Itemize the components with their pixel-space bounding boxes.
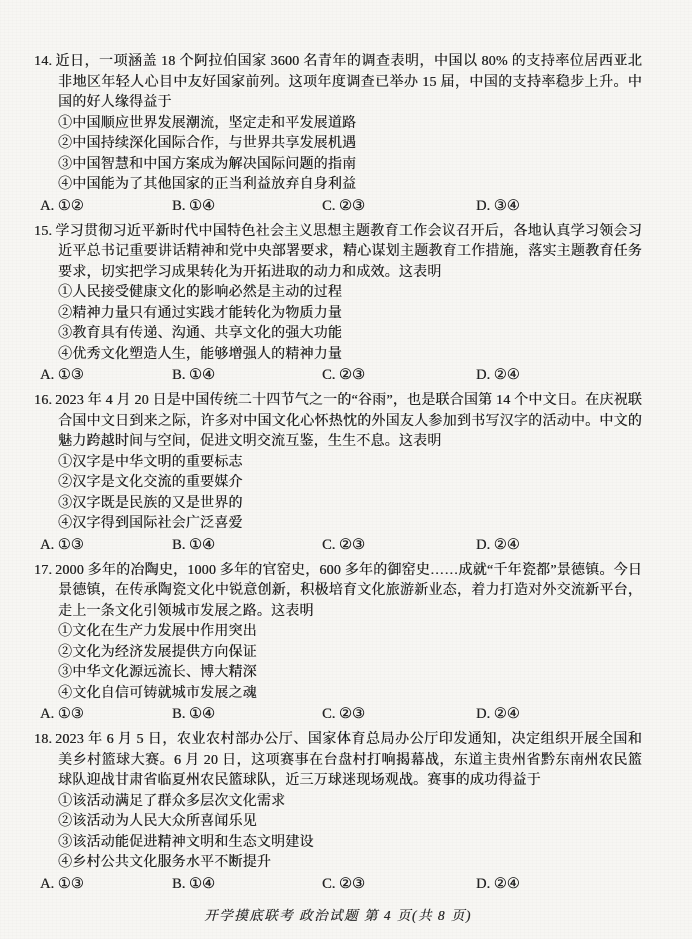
option-statement: ③中国智慧和中国方案成为解决国际问题的指南 <box>58 155 642 176</box>
choice-a: A. ①③ <box>40 535 172 556</box>
choice-d: D. ②④ <box>476 535 642 556</box>
question-number: 16. <box>34 393 55 408</box>
choice-row: A. ①③ B. ①④ C. ②③ D. ②④ <box>40 365 642 386</box>
choice-d: D. ②④ <box>476 365 642 386</box>
question-number: 17. <box>34 563 55 578</box>
question-16: 16.2023 年 4 月 20 日是中国传统二十四节气之一的“谷雨”，也是联合… <box>34 391 642 556</box>
option-statement: ④乡村公共文化服务水平不断提升 <box>58 853 642 874</box>
option-statement: ②中国持续深化国际合作，与世界共享发展机遇 <box>58 134 642 155</box>
option-statement: ②汉字是文化交流的重要媒介 <box>58 473 642 494</box>
question-stem: 16.2023 年 4 月 20 日是中国传统二十四节气之一的“谷雨”，也是联合… <box>34 391 642 453</box>
question-number: 15. <box>34 224 55 239</box>
exam-page: 14.近日，一项涵盖 18 个阿拉伯国家 3600 名青年的调查表明，中国以 8… <box>0 0 692 924</box>
question-17: 17.2000 多年的冶陶史，1000 多年的官窑史，600 多年的御窑史……成… <box>34 561 642 726</box>
option-statement: ①文化在生产力发展中作用突出 <box>58 622 642 643</box>
option-statement: ③该活动能促进精神文明和生态文明建设 <box>58 833 642 854</box>
choice-c: C. ②③ <box>322 535 476 556</box>
choice-c: C. ②③ <box>322 704 476 725</box>
option-statement: ④文化自信可铸就城市发展之魂 <box>58 684 642 705</box>
choice-d: D. ②④ <box>476 704 642 725</box>
choice-row: A. ①③ B. ①④ C. ②③ D. ②④ <box>40 874 642 895</box>
option-statement: ②精神力量只有通过实践才能转化为物质力量 <box>58 304 642 325</box>
question-stem: 14.近日，一项涵盖 18 个阿拉伯国家 3600 名青年的调查表明，中国以 8… <box>34 52 642 114</box>
question-stem-text: 2023 年 4 月 20 日是中国传统二十四节气之一的“谷雨”，也是联合国第 … <box>55 393 642 449</box>
question-15: 15.学习贯彻习近平新时代中国特色社会主义思想主题教育工作会议召开后，各地认真学… <box>34 222 642 387</box>
question-stem-text: 近日，一项涵盖 18 个阿拉伯国家 3600 名青年的调查表明，中国以 80% … <box>55 54 642 110</box>
question-stem-text: 学习贯彻习近平新时代中国特色社会主义思想主题教育工作会议召开后，各地认真学习领会… <box>55 224 642 280</box>
choice-d: D. ②④ <box>476 874 642 895</box>
choice-b: B. ①④ <box>172 535 322 556</box>
option-statement: ④优秀文化塑造人生，能够增强人的精神力量 <box>58 345 642 366</box>
choice-a: A. ①③ <box>40 365 172 386</box>
choice-row: A. ①③ B. ①④ C. ②③ D. ②④ <box>40 704 642 725</box>
question-number: 14. <box>34 54 55 69</box>
option-statement: ③汉字既是民族的又是世界的 <box>58 494 642 515</box>
choice-row: A. ①② B. ①④ C. ②③ D. ③④ <box>40 196 642 217</box>
choice-d: D. ③④ <box>476 196 642 217</box>
option-statement: ②文化为经济发展提供方向保证 <box>58 643 642 664</box>
question-stem-text: 2000 多年的冶陶史，1000 多年的官窑史，600 多年的御窑史……成就“千… <box>55 563 642 619</box>
choice-b: B. ①④ <box>172 874 322 895</box>
option-statement: ③教育具有传递、沟通、共享文化的强大功能 <box>58 324 642 345</box>
option-statement: ③中华文化源远流长、博大精深 <box>58 663 642 684</box>
choice-c: C. ②③ <box>322 874 476 895</box>
choice-a: A. ①③ <box>40 704 172 725</box>
choice-c: C. ②③ <box>322 365 476 386</box>
choice-row: A. ①③ B. ①④ C. ②③ D. ②④ <box>40 535 642 556</box>
question-stem: 15.学习贯彻习近平新时代中国特色社会主义思想主题教育工作会议召开后，各地认真学… <box>34 222 642 284</box>
choice-b: B. ①④ <box>172 704 322 725</box>
option-statement: ①人民接受健康文化的影响必然是主动的过程 <box>58 283 642 304</box>
question-18: 18.2023 年 6 月 5 日，农业农村部办公厅、国家体育总局办公厅印发通知… <box>34 730 642 895</box>
choice-a: A. ①② <box>40 196 172 217</box>
choice-b: B. ①④ <box>172 365 322 386</box>
choice-a: A. ①③ <box>40 874 172 895</box>
option-statement: ④中国能为了其他国家的正当利益放弃自身利益 <box>58 175 642 196</box>
option-statement: ①汉字是中华文明的重要标志 <box>58 453 642 474</box>
question-stem: 18.2023 年 6 月 5 日，农业农村部办公厅、国家体育总局办公厅印发通知… <box>34 730 642 792</box>
option-statement: ④汉字得到国际社会广泛喜爱 <box>58 514 642 535</box>
question-14: 14.近日，一项涵盖 18 个阿拉伯国家 3600 名青年的调查表明，中国以 8… <box>34 52 642 217</box>
option-statement: ①中国顺应世界发展潮流，坚定走和平发展道路 <box>58 114 642 135</box>
question-stem-text: 2023 年 6 月 5 日，农业农村部办公厅、国家体育总局办公厅印发通知，决定… <box>55 732 642 788</box>
question-number: 18. <box>34 732 55 747</box>
option-statement: ②该活动为人民大众所喜闻乐见 <box>58 812 642 833</box>
question-stem: 17.2000 多年的冶陶史，1000 多年的官窑史，600 多年的御窑史……成… <box>34 561 642 623</box>
page-footer: 开学摸底联考 政治试题 第 4 页(共 8 页) <box>34 904 642 924</box>
option-statement: ①该活动满足了群众多层次文化需求 <box>58 792 642 813</box>
choice-c: C. ②③ <box>322 196 476 217</box>
choice-b: B. ①④ <box>172 196 322 217</box>
